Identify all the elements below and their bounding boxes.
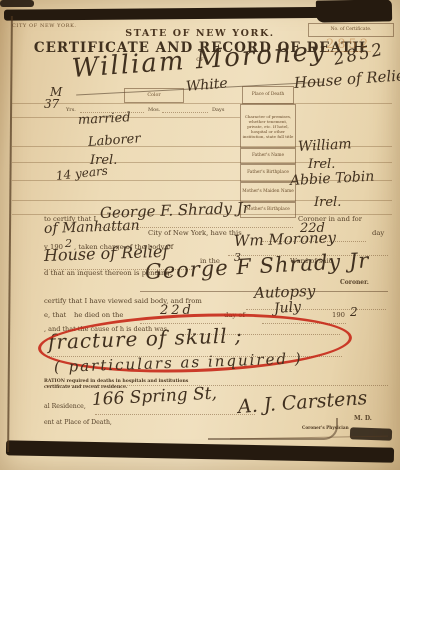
certificate-number-box: No. of Certificate.: [308, 23, 394, 37]
father-name-box: Father's Name: [240, 148, 296, 164]
father-birthplace-box: Father's Birthplace: [240, 164, 296, 182]
rule-line: [12, 103, 392, 104]
premises-box: Character of premises, whether tenement,…: [240, 104, 296, 148]
borough-handwritten: of Manhattan: [44, 219, 140, 236]
death-year-handwritten: 2: [350, 306, 358, 318]
physician-line2-yearpre: 190: [332, 312, 345, 319]
place-of-death-value: House of Relief: [293, 68, 400, 91]
color-value: White: [185, 76, 228, 94]
mother-birthplace-value: Irel.: [314, 196, 341, 209]
certificate-number-label: No. of Certificate.: [309, 27, 393, 33]
scan-smudge-top-left: [0, 0, 34, 7]
scanned-death-certificate-page: CITY OF NEW YORK. STATE OF NEW YORK. CER…: [0, 0, 444, 640]
certificate-photo: CITY OF NEW YORK. STATE OF NEW YORK. CER…: [0, 0, 400, 470]
days-label: Days: [212, 108, 224, 113]
rule-line: [95, 414, 255, 415]
father-name-value: William: [298, 137, 352, 154]
place-of-death-label: Place of Death: [243, 92, 293, 98]
rule-line: [162, 112, 208, 113]
residence-value-handwritten: 166 Spring St,: [92, 385, 218, 409]
scan-band-top-right: [316, 0, 392, 23]
marital-value: married: [78, 111, 131, 127]
regulation-line1: RATION required in deaths in hospitals a…: [44, 380, 188, 385]
resident-label: ent at Place of Death,: [44, 420, 112, 426]
coroner-signature: George F Shrady Jr: [144, 250, 369, 283]
mother-name-label: Mother's Maiden Name: [241, 189, 295, 194]
father-birthplace-value: Irel.: [308, 158, 335, 171]
physician-line2-pre: e, that: [44, 312, 66, 319]
rule-line: [246, 309, 386, 310]
md-label: M. D.: [354, 416, 372, 422]
physician-signature: A. J. Carstens: [237, 389, 368, 417]
premises-label: Character of premises, whether tenement,…: [241, 114, 295, 139]
place-of-death-box: Place of Death: [242, 86, 294, 104]
physician-line2-mid: he died on the: [74, 312, 123, 319]
residence-label: al Residence,: [44, 404, 86, 410]
physician-title-label: Coroner's Physician: [302, 426, 349, 430]
color-box: Color: [124, 88, 184, 103]
color-label: Color: [125, 93, 183, 99]
autopsy-handwritten: Autopsy: [254, 284, 316, 301]
body-name-handwritten: Wm Moroney: [234, 230, 336, 249]
mos-label: Mos.: [148, 108, 160, 113]
coroner-line2-mid: City of New York, have this: [148, 230, 242, 237]
father-birthplace-label: Father's Birthplace: [241, 170, 295, 175]
coroner-signature-title: Coroner.: [340, 280, 369, 286]
age-value: 37: [44, 98, 59, 110]
occupation-value: Laborer: [88, 132, 141, 149]
death-month-handwritten: July: [274, 300, 302, 316]
paper-left-border-line: [7, 16, 13, 452]
father-name-label: Father's Name: [241, 153, 295, 158]
scan-band-bottom: [6, 440, 394, 462]
coroner-line2-post: day: [372, 230, 384, 237]
mother-name-value: Abbie Tobin: [290, 170, 375, 188]
yrs-label: Yrs.: [66, 108, 76, 113]
scan-smudge-bottom-right: [350, 427, 392, 440]
